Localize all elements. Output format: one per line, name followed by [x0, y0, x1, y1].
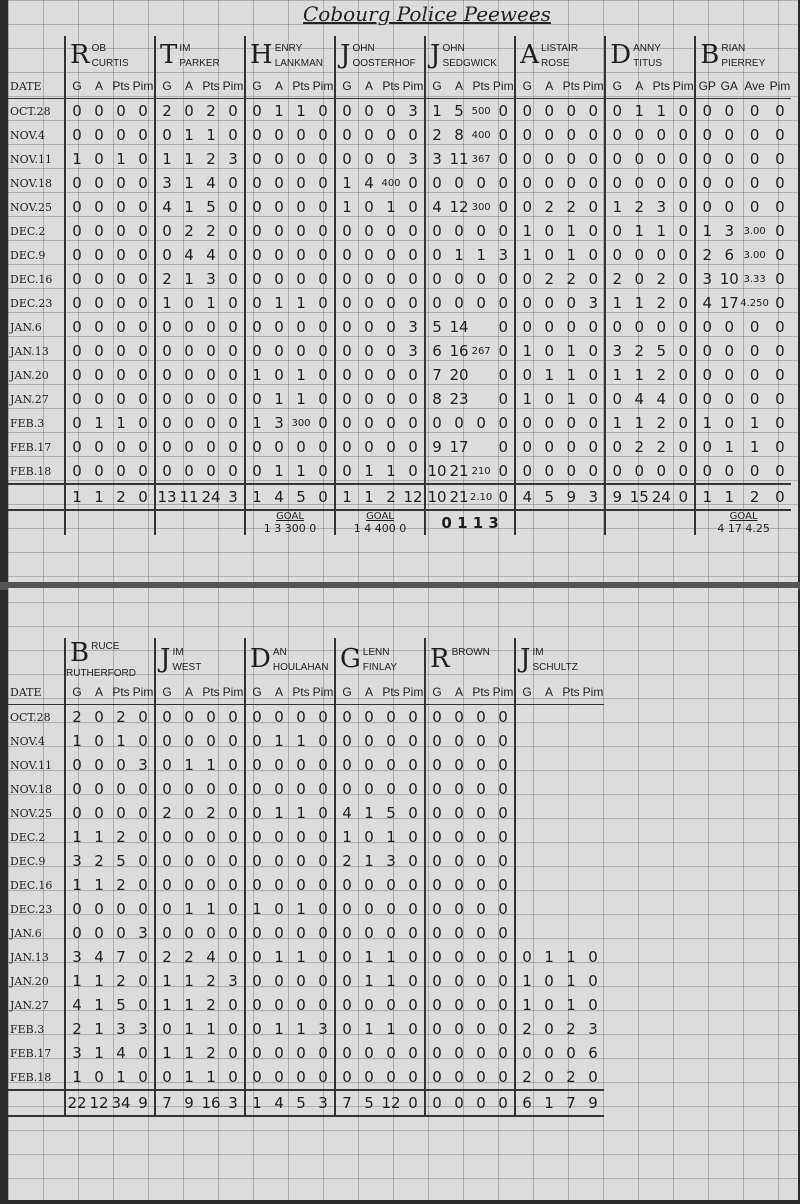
game-row: JAN.27415011200000000000001010 [8, 993, 604, 1017]
total-cell: 4 [268, 484, 290, 510]
stat-cell: 0 [155, 1017, 178, 1041]
totals-label [8, 1090, 65, 1116]
stat-cell: 0 [492, 969, 515, 993]
stat-cell: 0 [335, 411, 358, 435]
stat-cell: 3 [582, 291, 605, 315]
stat-cell: 0 [155, 753, 178, 777]
stat-cell: 1 [515, 219, 538, 243]
stat-cell: 0 [492, 339, 515, 363]
stat-cell: 0 [492, 411, 515, 435]
stat-cell: 1 [290, 897, 312, 921]
stat-cell: 1 [268, 387, 290, 411]
stat-cell: 3.00 [740, 243, 769, 267]
game-row: JAN.2700000000011000008230101004400000 [8, 387, 791, 411]
stat-cell: 0 [268, 921, 290, 945]
stat-cell: 0 [312, 387, 335, 411]
stat-column-header: G [335, 74, 358, 99]
date-column-header: DATE [8, 680, 65, 705]
stat-cell: 0 [769, 219, 791, 243]
stat-cell: 0 [88, 243, 110, 267]
stat-cell: 0 [380, 363, 402, 387]
stat-cell: 0 [672, 147, 695, 171]
stat-cell: 1 [268, 99, 290, 124]
stat-cell: 0 [222, 705, 245, 730]
stat-cell: 0 [290, 195, 312, 219]
stat-cell: 0 [358, 291, 380, 315]
stat-cell: 0 [380, 387, 402, 411]
stat-cell: 0 [110, 171, 132, 195]
stat-cell: 1 [65, 729, 88, 753]
stat-cell: 0 [222, 387, 245, 411]
stat-cell: 0 [312, 267, 335, 291]
stat-cell: 0 [740, 315, 769, 339]
stat-cell: 2 [110, 705, 132, 730]
stat-cell: 0 [110, 195, 132, 219]
stat-cell: 0 [358, 315, 380, 339]
stat-cell: 0 [222, 753, 245, 777]
stat-cell: 0 [492, 825, 515, 849]
game-date: JAN.13 [8, 945, 65, 969]
stat-cell: 3 [132, 753, 155, 777]
stat-cell: 0 [538, 411, 560, 435]
stat-cell: 0 [358, 993, 380, 1017]
stat-cell: 0 [110, 801, 132, 825]
stat-cell: 0 [88, 123, 110, 147]
stat-cell: 1 [515, 387, 538, 411]
total-cell: 1 [335, 484, 358, 510]
stat-cell: 0 [222, 219, 245, 243]
stat-cell: 3 [132, 1017, 155, 1041]
stat-cell: 0 [290, 753, 312, 777]
stat-cell: 0 [492, 123, 515, 147]
stat-cell: 1 [358, 801, 380, 825]
stat-cell: 2 [628, 339, 650, 363]
game-date: DEC.23 [8, 897, 65, 921]
player-initial: D [610, 40, 631, 70]
total-cell: 24 [200, 484, 222, 510]
stat-cell: 3 [200, 267, 222, 291]
stat-cell: 0 [515, 195, 538, 219]
stat-cell: 0 [402, 267, 425, 291]
stat-cell: 0 [65, 363, 88, 387]
stat-column-header: A [88, 680, 110, 705]
stat-cell: 0 [155, 777, 178, 801]
game-row: NOV.111010112300000003311367000000000000… [8, 147, 791, 171]
stat-cell: 3 [402, 339, 425, 363]
stat-cell: 0 [88, 705, 110, 730]
stat-cell: 0 [769, 171, 791, 195]
stat-cell: 0 [582, 363, 605, 387]
stat-column-header: A [178, 74, 200, 99]
stat-column-header: G [515, 74, 538, 99]
stat-cell [582, 705, 604, 730]
stat-cell: 0 [178, 849, 200, 873]
stat-cell: 0 [335, 99, 358, 124]
stat-cell: 6 [582, 1041, 604, 1065]
stat-cell: 0 [88, 315, 110, 339]
stat-cell: 0 [769, 195, 791, 219]
total-cell: 12 [402, 484, 425, 510]
stat-cell: 0 [132, 969, 155, 993]
stat-cell: 0 [492, 1017, 515, 1041]
total-cell: 16 [200, 1090, 222, 1116]
ledger-page-top: Cobourg Police Peewees ROBCURTISTIMPARKE… [8, 0, 798, 582]
stat-cell: 0 [290, 435, 312, 459]
game-row: FEB.3213301100113011000002023 [8, 1017, 604, 1041]
stat-cell: 1 [380, 945, 402, 969]
player-initial: R [70, 40, 90, 70]
stat-cell: 0 [290, 993, 312, 1017]
stat-cell: 2 [200, 993, 222, 1017]
stat-column-header: Pts [200, 74, 222, 99]
goalie-note-label: GOAL [696, 511, 791, 522]
stat-cell: 1 [268, 1017, 290, 1041]
stat-cell: 0 [470, 1065, 492, 1090]
stat-cell: 0 [65, 99, 88, 124]
stat-cell: 1 [358, 459, 380, 484]
stat-cell: 0 [402, 1041, 425, 1065]
stat-column-header: GP [695, 74, 718, 99]
stat-cell [538, 777, 560, 801]
stat-column-header: Pts [380, 680, 402, 705]
stat-cell: 0 [312, 1041, 335, 1065]
stat-cell: 0 [65, 267, 88, 291]
stat-cell: 0 [402, 171, 425, 195]
stat-cell: 4 [200, 945, 222, 969]
stat-cell: 0 [672, 219, 695, 243]
stat-cell: 0 [65, 123, 88, 147]
stat-cell: 0 [65, 753, 88, 777]
stat-cell: 0 [740, 171, 769, 195]
stat-cell: 1 [178, 267, 200, 291]
stat-cell [560, 921, 582, 945]
stat-cell: 3.00 [740, 219, 769, 243]
stat-cell: 0 [425, 1041, 448, 1065]
stat-cell: 0 [65, 897, 88, 921]
stat-column-header: G [425, 680, 448, 705]
stat-cell: 1 [335, 195, 358, 219]
stat-column-header: G [155, 680, 178, 705]
total-cell: 1 [718, 484, 740, 510]
stat-cell: 0 [110, 291, 132, 315]
stat-cell: 0 [222, 849, 245, 873]
stat-cell: 0 [245, 291, 268, 315]
stat-cell: 0 [200, 777, 222, 801]
stat-cell: 1 [380, 459, 402, 484]
stat-cell: 2 [178, 945, 200, 969]
stat-cell: 1 [268, 291, 290, 315]
stat-cell: 0 [650, 171, 672, 195]
stat-cell: 0 [380, 897, 402, 921]
stat-cell: 5 [425, 315, 448, 339]
stat-cell: 0 [448, 921, 470, 945]
stat-cell: 0 [492, 849, 515, 873]
stat-cell: 0 [492, 801, 515, 825]
stat-cell: 4 [200, 243, 222, 267]
total-cell: 0 [402, 1090, 425, 1116]
stat-cell: 0 [290, 147, 312, 171]
stat-cell: 0 [335, 315, 358, 339]
stat-cell: 1 [560, 945, 582, 969]
stat-cell: 0 [312, 753, 335, 777]
stat-cell: 1 [380, 1017, 402, 1041]
stat-cell [515, 825, 538, 849]
stat-cell [515, 801, 538, 825]
stat-cell: 0 [402, 753, 425, 777]
stat-cell [582, 849, 604, 873]
stats-table-top: ROBCURTISTIMPARKERHENRYLANKMANJOHNOOSTER… [8, 36, 791, 535]
stat-cell: 0 [312, 219, 335, 243]
stat-cell: 0 [650, 123, 672, 147]
stat-cell: 0 [628, 459, 650, 484]
stat-cell: 0 [358, 921, 380, 945]
stat-cell: 2 [628, 195, 650, 219]
stat-cell [582, 753, 604, 777]
stat-cell: 0 [178, 387, 200, 411]
game-row: DEC.1600002130000000000000022020203103.3… [8, 267, 791, 291]
stat-cell: 0 [200, 873, 222, 897]
stat-cell [560, 777, 582, 801]
stat-cell: 1 [358, 945, 380, 969]
stat-cell: 0 [245, 849, 268, 873]
stat-cell: 1 [560, 243, 582, 267]
game-row: JAN.13347022400110011000000110 [8, 945, 604, 969]
stat-cell: 0 [178, 411, 200, 435]
stat-cell: 1 [290, 291, 312, 315]
stat-cell: 0 [268, 777, 290, 801]
stat-cell: 2 [335, 849, 358, 873]
totals-label [8, 484, 65, 510]
stat-cell: 0 [380, 873, 402, 897]
stat-cell: 2 [560, 1017, 582, 1041]
stat-cell: 0 [538, 435, 560, 459]
stat-cell: 0 [582, 267, 605, 291]
stat-cell: 1 [155, 1041, 178, 1065]
stat-cell: 0 [538, 291, 560, 315]
stat-cell: 0 [358, 123, 380, 147]
player-name-header: JIMWEST [155, 638, 245, 680]
stat-cell: 2 [200, 219, 222, 243]
stat-cell: 0 [425, 411, 448, 435]
stat-cell: 0 [492, 729, 515, 753]
stat-cell: 0 [672, 99, 695, 124]
stat-cell: 0 [560, 459, 582, 484]
stat-cell: 1 [380, 969, 402, 993]
stat-cell: 0 [470, 849, 492, 873]
stat-cell: 0 [335, 339, 358, 363]
stat-cell: 0 [200, 339, 222, 363]
stat-cell: 1 [65, 969, 88, 993]
total-cell: 5 [290, 484, 312, 510]
stat-cell: 0 [425, 993, 448, 1017]
stat-cell: 0 [448, 753, 470, 777]
stat-cell: 1 [155, 291, 178, 315]
stat-cell: 3 [155, 171, 178, 195]
stat-cell: 1 [178, 1041, 200, 1065]
stat-cell: 0 [155, 363, 178, 387]
stat-cell: 0 [718, 315, 740, 339]
stat-cell: 0 [245, 387, 268, 411]
stat-cell: 0 [312, 897, 335, 921]
stat-column-header: G [605, 74, 628, 99]
stat-cell: 0 [335, 147, 358, 171]
stat-cell: 0 [538, 339, 560, 363]
stat-cell: 3 [132, 921, 155, 945]
stat-cell: 0 [200, 387, 222, 411]
stat-cell: 0 [448, 777, 470, 801]
total-cell: 2.10 [470, 484, 492, 510]
stat-cell: 0 [582, 969, 604, 993]
stat-cell [515, 777, 538, 801]
stat-cell: 0 [740, 387, 769, 411]
total-cell: 24 [650, 484, 672, 510]
stat-cell: 0 [335, 921, 358, 945]
stat-cell: 1 [605, 291, 628, 315]
game-row: DEC.1611200000000000000000 [8, 873, 604, 897]
stat-cell: 1 [88, 1041, 110, 1065]
stat-cell: 0 [515, 945, 538, 969]
stat-cell: 0 [628, 315, 650, 339]
stat-cell: 0 [492, 171, 515, 195]
stat-cell: 1 [628, 99, 650, 124]
total-cell: 0 [425, 1090, 448, 1116]
total-cell: 0 [769, 484, 791, 510]
stat-cell: 1 [178, 147, 200, 171]
stat-cell: 0 [222, 1065, 245, 1090]
stat-cell: 0 [245, 219, 268, 243]
stat-cell: 0 [769, 387, 791, 411]
stat-cell: 0 [740, 195, 769, 219]
stat-cell: 0 [335, 873, 358, 897]
stat-cell: 1 [88, 1017, 110, 1041]
stat-cell [538, 801, 560, 825]
stat-cell: 0 [582, 147, 605, 171]
stat-cell: 0 [132, 387, 155, 411]
stat-cell: 0 [290, 315, 312, 339]
stat-cell: 3 [650, 195, 672, 219]
stat-cell [515, 873, 538, 897]
stat-cell: 0 [470, 1017, 492, 1041]
stat-cell: 1 [200, 897, 222, 921]
stat-cell: 3 [402, 147, 425, 171]
stat-cell: 0 [155, 873, 178, 897]
goalie-note: GOAL1 4 400 0 [335, 510, 425, 535]
stat-cell: 0 [448, 897, 470, 921]
stat-column-header: Pim [582, 680, 604, 705]
stat-column-header: A [628, 74, 650, 99]
player-initial: D [250, 644, 271, 674]
stat-cell [538, 921, 560, 945]
stat-cell: 0 [470, 219, 492, 243]
stat-cell: 0 [65, 411, 88, 435]
stat-cell: 0 [335, 387, 358, 411]
stat-cell: 2 [538, 195, 560, 219]
stat-cell: 0 [312, 993, 335, 1017]
stat-cell: 0 [448, 729, 470, 753]
stat-cell: 0 [582, 993, 604, 1017]
stat-cell: 0 [312, 99, 335, 124]
stat-cell: 0 [110, 267, 132, 291]
stat-cell: 4 [65, 993, 88, 1017]
stat-cell: 0 [582, 387, 605, 411]
total-cell: 9 [605, 484, 628, 510]
stat-cell: 1 [290, 801, 312, 825]
total-cell: 34 [110, 1090, 132, 1116]
stat-cell: 0 [402, 897, 425, 921]
stat-cell: 0 [132, 219, 155, 243]
stat-cell: 0 [492, 459, 515, 484]
stat-cell: 0 [132, 729, 155, 753]
player-initial: B [700, 40, 719, 70]
stat-cell: 1 [245, 411, 268, 435]
stat-cell: 0 [155, 921, 178, 945]
stat-cell: 1 [110, 729, 132, 753]
page-title: Cobourg Police Peewees [303, 2, 551, 26]
stat-cell: 0 [312, 171, 335, 195]
stat-cell: 0 [268, 219, 290, 243]
stat-cell: 0 [425, 945, 448, 969]
stat-cell: 0 [560, 315, 582, 339]
stat-cell: 0 [718, 339, 740, 363]
stat-cell: 0 [380, 339, 402, 363]
stat-column-header: Pts [470, 74, 492, 99]
stat-cell: 0 [718, 459, 740, 484]
stat-cell: 0 [65, 435, 88, 459]
game-row: NOV.410100000011000000000 [8, 729, 604, 753]
stat-cell [538, 825, 560, 849]
stat-cell: 0 [110, 219, 132, 243]
game-date: OCT.28 [8, 99, 65, 124]
stat-cell: 0 [222, 921, 245, 945]
stat-cell: 0 [155, 339, 178, 363]
stat-cell: 0 [88, 267, 110, 291]
stat-cell: 0 [312, 729, 335, 753]
stat-cell: 0 [718, 99, 740, 124]
stat-cell: 10 [718, 267, 740, 291]
stat-cell: 0 [245, 459, 268, 484]
stat-cell: 0 [628, 243, 650, 267]
total-cell: 5 [538, 484, 560, 510]
stat-cell: 0 [222, 315, 245, 339]
stat-cell: 0 [769, 147, 791, 171]
stat-cell: 0 [560, 411, 582, 435]
stat-cell: 0 [582, 339, 605, 363]
stat-cell: 3 [110, 1017, 132, 1041]
game-date: JAN.13 [8, 339, 65, 363]
stat-cell: 0 [200, 411, 222, 435]
stat-cell: 0 [335, 897, 358, 921]
stat-cell: 2 [110, 969, 132, 993]
stat-cell: 0 [358, 753, 380, 777]
player-initial: H [250, 40, 273, 70]
stat-cell: 0 [335, 243, 358, 267]
stat-cell: 0 [132, 1041, 155, 1065]
stat-cell: 0 [245, 1065, 268, 1090]
stat-cell: 0 [88, 99, 110, 124]
stat-cell: 0 [425, 705, 448, 730]
stat-cell: 2 [200, 1041, 222, 1065]
stat-cell: 1 [245, 363, 268, 387]
stat-column-header: A [268, 680, 290, 705]
stat-cell: 1 [110, 147, 132, 171]
stat-cell: 0 [769, 267, 791, 291]
stat-cell: 1 [335, 825, 358, 849]
stat-cell: 0 [718, 171, 740, 195]
stat-cell: 0 [132, 123, 155, 147]
total-cell: 6 [515, 1090, 538, 1116]
extra-total-values: 0 1 1 3 [426, 514, 514, 532]
stat-cell: 16 [448, 339, 470, 363]
